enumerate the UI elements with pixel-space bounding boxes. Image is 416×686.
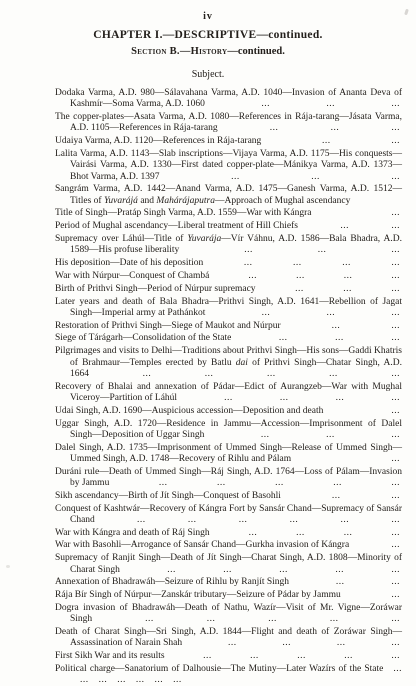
leader-dots: ...: [261, 430, 270, 441]
leader-dots: ...: [275, 478, 284, 489]
leader-dots: ...: [117, 675, 126, 686]
leader-dots: ...: [159, 478, 168, 489]
leader-dots: ...: [330, 614, 339, 625]
leader-dots: ...: [391, 614, 400, 625]
leader-dots: ...: [391, 271, 400, 282]
entry-text: Udaiya Varma, A.D. 1120—References in Rá…: [55, 136, 261, 146]
leader-dots: ...: [167, 565, 176, 576]
leader-dots: ...: [391, 123, 400, 134]
toc-entry: Dalel Singh, A.D. 1735—Imprisonment of U…: [55, 443, 402, 466]
entry-text: Supremacy over Láhúl—Title of: [55, 234, 187, 244]
entry-text: Annexation of Bhadrawáh—Seizure of Rihlu…: [55, 577, 289, 587]
toc-entry: Siege of Tárágarh—Consolidation of the S…: [55, 333, 402, 344]
leader-dots: ...: [296, 271, 305, 282]
leader-dots: ...: [391, 565, 400, 576]
leader-dots: ...: [188, 515, 197, 526]
leader-dots: ...: [231, 172, 240, 183]
leader-dots: ...: [331, 123, 340, 134]
leader-dots: ...: [391, 369, 400, 380]
leader-dots: ...: [295, 284, 304, 295]
leader-dots: ...: [391, 333, 400, 344]
leader-dots: ...: [279, 333, 288, 344]
entry-text-italic: dai: [236, 358, 248, 368]
entry-text: Political charge—Sanatorium of Dalhousie…: [55, 664, 383, 674]
leader-dots: ...: [391, 258, 400, 269]
leader-dots: ...: [326, 99, 335, 110]
leader-dots: ...: [337, 638, 346, 649]
scan-speck: [6, 565, 10, 568]
leader-dots: ...: [173, 675, 182, 686]
entry-text-italic: Yuvarájá: [104, 196, 138, 206]
toc-entry: Duráni rule—Death of Ummed Singh—Ráj Sin…: [55, 467, 402, 490]
leader-dots: ...: [326, 430, 335, 441]
leader-dots: ...: [322, 136, 331, 147]
leader-dots: ...: [391, 321, 400, 332]
section-heading-smallcaps: Section B.—History: [131, 46, 227, 57]
leader-dots: ...: [391, 577, 400, 588]
leader-dots: ...: [145, 614, 154, 625]
leader-dots: ...: [332, 491, 341, 502]
leader-dots: ...: [205, 369, 214, 380]
entry-text: War with Núrpur—Conquest of Chambá: [55, 271, 209, 281]
leader-dots: ...: [282, 638, 291, 649]
leader-dots: ...: [318, 245, 327, 256]
toc-entry: Supremacy over Láhúl—Title of Yuvarája—V…: [55, 234, 402, 257]
leader-dots: ...: [223, 565, 232, 576]
leader-dots: ...: [391, 430, 400, 441]
toc-entry: Pilgrimages and visits to Delhi—Traditio…: [55, 346, 402, 380]
leader-dots: ...: [250, 651, 259, 662]
leader-dots: ...: [336, 577, 345, 588]
entry-text: Udai Singh, A.D. 1690—Auspicious accessi…: [55, 406, 323, 416]
leader-dots: ...: [391, 308, 400, 319]
entry-text: War with Kángra and death of Ráj Singh: [55, 528, 210, 538]
leader-dots: ...: [326, 308, 335, 319]
leader-dots: ...: [344, 271, 353, 282]
leader-dots: ...: [270, 123, 279, 134]
leader-dots: ...: [391, 515, 400, 526]
toc-entry: Sangrám Varma, A.D. 1442—Anand Varma, A.…: [55, 184, 402, 207]
entry-text: Birth of Prithvi Singh—Period of Núrpur …: [55, 284, 256, 294]
toc-entry: Political charge—Sanatorium of Dalhousie…: [55, 664, 402, 686]
leader-dots: ...: [336, 393, 345, 404]
toc-entry: First Sikh War and its results..........…: [55, 651, 402, 662]
entry-text: His deposition—Date of his deposition: [55, 258, 203, 268]
leader-dots: ...: [342, 258, 351, 269]
toc-entry: Dogra invasion of Bhadrawáh—Death of Nat…: [55, 603, 402, 626]
leader-dots: ...: [262, 308, 271, 319]
leader-dots: ...: [137, 515, 146, 526]
leader-dots: ...: [391, 638, 400, 649]
toc-entry: Supremacy of Ranjit Singh—Death of Jít S…: [55, 553, 402, 576]
toc-entry: Conquest of Kashtwár—Recovery of Kángra …: [55, 504, 402, 527]
leader-dots: ...: [311, 172, 320, 183]
leader-dots: ...: [391, 406, 400, 417]
entry-text: Rája Bír Singh of Núrpur—Zanskár tributa…: [55, 590, 341, 600]
leader-dots: ...: [391, 172, 400, 183]
entry-text: —Approach of Mughal ascendancy: [215, 196, 350, 206]
toc-entry: Sikh ascendancy—Birth of Jít Singh—Conqu…: [55, 491, 402, 502]
entry-text: Lalita Varma, A.D. 1143—Slab inscription…: [55, 149, 402, 182]
leader-dots: ...: [393, 664, 402, 675]
toc-entry: The copper-plates—Asata Varma, A.D. 1080…: [55, 112, 402, 135]
subject-label: Subject.: [0, 69, 416, 80]
leader-dots: ...: [244, 245, 253, 256]
leader-dots: ...: [203, 651, 212, 662]
section-heading-continued: —continued.: [227, 46, 284, 57]
toc-entry: War with Basohli—Arrogance of Sansár Cha…: [55, 540, 402, 551]
leader-dots: ...: [344, 651, 353, 662]
entry-text: Duráni rule—Death of Ummed Singh—Ráj Sin…: [55, 467, 402, 488]
leader-dots: ...: [99, 675, 108, 686]
leader-dots: ...: [217, 478, 226, 489]
toc-entry: Udai Singh, A.D. 1690—Auspicious accessi…: [55, 406, 402, 417]
entry-text: Conquest of Kashtwár—Recovery of Kángra …: [55, 504, 402, 525]
leader-dots: ...: [261, 99, 270, 110]
leader-dots: ...: [267, 369, 276, 380]
leader-dots: ...: [340, 515, 349, 526]
leader-dots: ...: [136, 675, 145, 686]
entry-text: Restoration of Prithvi Singh—Siege of Ma…: [55, 321, 281, 331]
entry-text: The copper-plates—Asata Varma, A.D. 1080…: [55, 112, 402, 133]
toc-entry: Lalita Varma, A.D. 1143—Slab inscription…: [55, 149, 402, 183]
toc-entry: Dodaka Varma, A.D. 980—Sálavahana Varma,…: [55, 88, 402, 111]
entry-text: Later years and death of Bala Bhadra—Pri…: [55, 297, 402, 318]
leader-dots: ...: [280, 393, 289, 404]
page-number: iv: [0, 0, 416, 22]
leader-dots: ...: [143, 369, 152, 380]
leader-dots: ...: [391, 454, 400, 465]
entry-text: Dalel Singh, A.D. 1735—Imprisonment of U…: [55, 443, 402, 464]
entry-text: Dogra invasion of Bhadrawáh—Death of Nat…: [55, 603, 402, 624]
leader-dots: ...: [248, 271, 257, 282]
entry-text: Siege of Tárágarh—Consolidation of the S…: [55, 333, 231, 343]
entry-text-italic: Yuvarája: [187, 234, 221, 244]
entry-text: Dodaka Varma, A.D. 980—Sálavahana Varma,…: [55, 88, 402, 109]
leader-dots: ...: [340, 221, 349, 232]
leader-dots: ...: [391, 590, 400, 601]
leader-dots: ...: [268, 614, 277, 625]
entry-text: Period of Mughal ascendancy—Liberal trea…: [55, 221, 298, 231]
leader-dots: ...: [391, 651, 400, 662]
leader-dots: ...: [335, 565, 344, 576]
leader-dots: ...: [391, 284, 400, 295]
leader-dots: ...: [391, 221, 400, 232]
entry-text: First Sikh War and its results: [55, 651, 165, 661]
entry-text: Title of Singh—Pratáp Singh Varma, A.D. …: [55, 208, 312, 218]
leader-dots: ...: [343, 284, 352, 295]
leader-dots: ...: [297, 651, 306, 662]
leader-dots: ...: [290, 515, 299, 526]
leader-dots: ...: [391, 540, 400, 551]
toc-entry: Death of Charat Singh—Sri Singh, A.D. 18…: [55, 627, 402, 650]
leader-dots: ...: [296, 528, 305, 539]
leader-dots: ...: [80, 675, 89, 686]
leader-dots: ...: [293, 258, 302, 269]
leader-dots: ...: [249, 528, 258, 539]
book-page: iv CHAPTER I.—DESCRIPTIVE—continued. Sec…: [0, 0, 416, 686]
toc-entry: Birth of Prithvi Singh—Period of Núrpur …: [55, 284, 402, 295]
toc-entry: War with Núrpur—Conquest of Chambá......…: [55, 271, 402, 282]
leader-dots: ...: [239, 515, 248, 526]
leader-dots: ...: [391, 393, 400, 404]
toc-entry: Title of Singh—Pratáp Singh Varma, A.D. …: [55, 208, 402, 219]
leader-dots: ...: [335, 333, 344, 344]
toc-entry: Recovery of Bhalai and annexation of Pád…: [55, 382, 402, 405]
leader-dots: ...: [279, 565, 288, 576]
toc-entry: War with Kángra and death of Ráj Singh..…: [55, 528, 402, 539]
entry-text: Uggar Singh, A.D. 1720—Residence in Jamm…: [55, 419, 402, 440]
toc-entry: Period of Mughal ascendancy—Liberal trea…: [55, 221, 402, 232]
leader-dots: ...: [332, 321, 341, 332]
leader-dots: ...: [391, 491, 400, 502]
section-heading: Section B.—History—continued.: [0, 46, 416, 57]
leader-dots: ...: [224, 393, 233, 404]
leader-dots: ...: [207, 614, 216, 625]
leader-dots: ...: [391, 245, 400, 256]
entry-text: and: [138, 196, 156, 206]
entry-text: War with Basohli—Arrogance of Sansár Cha…: [55, 540, 349, 550]
entry-text: Sikh ascendancy—Birth of Jít Singh—Conqu…: [55, 491, 281, 501]
toc-entry: Rája Bír Singh of Núrpur—Zanskár tributa…: [55, 590, 402, 601]
toc-entry: Udaiya Varma, A.D. 1120—References in Rá…: [55, 136, 402, 147]
leader-dots: ...: [391, 478, 400, 489]
leader-dots: ...: [391, 136, 400, 147]
leader-dots: ...: [228, 638, 237, 649]
leader-dots: ...: [344, 528, 353, 539]
entry-text-italic: Mahárájaputra: [156, 196, 215, 206]
chapter-heading: CHAPTER I.—DESCRIPTIVE—continued.: [0, 29, 416, 41]
leader-dots: ...: [333, 478, 342, 489]
leader-dots: ...: [391, 208, 400, 219]
toc-entries: Dodaka Varma, A.D. 980—Sálavahana Varma,…: [55, 88, 402, 686]
leader-dots: ...: [155, 675, 164, 686]
toc-entry: Uggar Singh, A.D. 1720—Residence in Jamm…: [55, 419, 402, 442]
toc-entry: Later years and death of Bala Bhadra—Pri…: [55, 297, 402, 320]
toc-entry: Restoration of Prithvi Singh—Siege of Ma…: [55, 321, 402, 332]
toc-entry: His deposition—Date of his deposition...…: [55, 258, 402, 269]
toc-entry: Annexation of Bhadrawáh—Seizure of Rihlu…: [55, 577, 402, 588]
leader-dots: ...: [244, 258, 253, 269]
leader-dots: ...: [391, 99, 400, 110]
leader-dots: ...: [391, 528, 400, 539]
leader-dots: ...: [329, 369, 338, 380]
